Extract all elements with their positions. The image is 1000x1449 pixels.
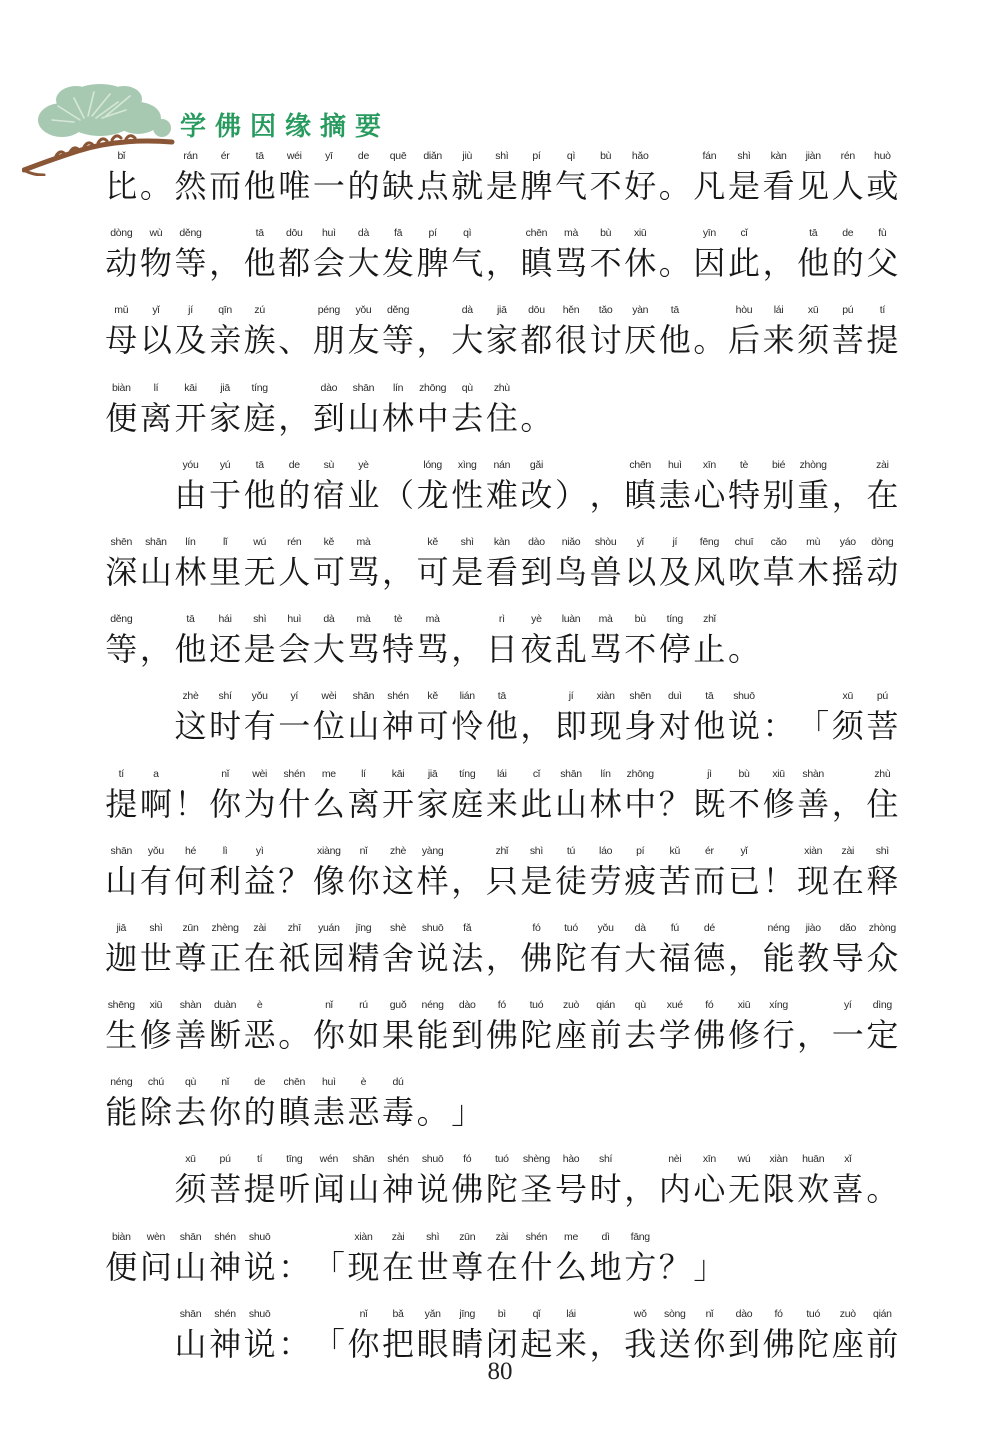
pinyin-annotation: tā [242, 458, 277, 474]
hanzi-character: 园 [312, 937, 347, 980]
hanzi-character: 好 [623, 165, 658, 208]
char-with-pinyin: è恶 [242, 998, 277, 1057]
pinyin-annotation: dà [623, 921, 658, 937]
hanzi-character: 讨 [588, 319, 623, 362]
hanzi-character: 佛 [485, 1014, 520, 1057]
hanzi-character: 木 [796, 551, 831, 594]
pinyin-annotation: shí [208, 689, 243, 705]
pinyin-annotation: zhè [173, 689, 208, 705]
char-with-pinyin: tīng听 [277, 1152, 312, 1211]
punctuation: 。 [415, 1075, 450, 1134]
char-with-pinyin: sù宿 [312, 458, 347, 517]
pinyin-annotation: nán [485, 458, 520, 474]
hanzi-character: 因 [692, 242, 727, 285]
punctuation: 。 [658, 226, 693, 285]
hanzi-character: 不 [727, 783, 762, 826]
punctuation: 。 [277, 998, 312, 1057]
pinyin-annotation: tú [554, 844, 589, 860]
pinyin-annotation: shān [173, 1230, 208, 1246]
pinyin-annotation: shén [208, 1307, 243, 1323]
hanzi-character: 看 [761, 165, 796, 208]
pinyin-annotation: jīng [450, 1307, 485, 1323]
char-with-pinyin: nǐ你 [208, 1075, 243, 1134]
hanzi-character: ， [485, 937, 520, 980]
text-line: shēn深shān山lín林lǐ里wú无rén人kě可mà骂 ，kě可shì是k… [104, 535, 924, 612]
pinyin-annotation: fó [450, 1152, 485, 1168]
hanzi-character: 学 [658, 1014, 693, 1057]
punctuation: 「 [312, 1230, 347, 1289]
hanzi-character: 林 [381, 397, 416, 440]
char-with-pinyin: nǐ你 [346, 1307, 381, 1366]
char-with-pinyin: tǎo讨 [588, 303, 623, 362]
pinyin-annotation: pú [865, 689, 900, 705]
char-with-pinyin: lǐ里 [208, 535, 243, 594]
hanzi-character: 等 [173, 242, 208, 285]
pinyin-annotation: xiū [761, 767, 796, 783]
hanzi-character: ， [830, 474, 865, 517]
punctuation: ， [588, 1307, 623, 1366]
pinyin-annotation: zài [865, 458, 900, 474]
char-with-pinyin: dìng定 [865, 998, 900, 1057]
pinyin-annotation: nǐ [208, 1075, 243, 1091]
pinyin-annotation: tuó [554, 921, 589, 937]
pinyin-annotation: dà [312, 612, 347, 628]
hanzi-character: 神 [208, 1246, 243, 1289]
char-with-pinyin: qián前 [865, 1307, 900, 1366]
pinyin-annotation: nǐ [346, 844, 381, 860]
char-with-pinyin: xiū休 [623, 226, 658, 285]
char-with-pinyin: mà骂 [554, 226, 589, 285]
hanzi-character: 世 [415, 1246, 450, 1289]
hanzi-character: 友 [346, 319, 381, 362]
pinyin-annotation: wú [242, 535, 277, 551]
pinyin-annotation: shuō [415, 1152, 450, 1168]
hanzi-character: ！ [173, 783, 208, 826]
hanzi-character: 吹 [727, 551, 762, 594]
hanzi-character: 「 [312, 1246, 347, 1289]
char-with-pinyin: wèn问 [139, 1230, 174, 1289]
pinyin-annotation: lí [346, 767, 381, 783]
hanzi-character: 来 [761, 319, 796, 362]
hanzi-character: 须 [173, 1168, 208, 1211]
pinyin-annotation: jiàn [796, 149, 831, 165]
pinyin-annotation: de [346, 149, 381, 165]
char-with-pinyin: qì气 [554, 149, 589, 208]
pinyin-annotation [450, 612, 485, 628]
hanzi-character: 是 [727, 165, 762, 208]
pinyin-annotation: yí [277, 689, 312, 705]
pinyin-annotation: zài [381, 1230, 416, 1246]
hanzi-character: 喜 [830, 1168, 865, 1211]
hanzi-character: 你 [346, 860, 381, 903]
char-with-pinyin: lái来 [761, 303, 796, 362]
pinyin-annotation: hé [173, 844, 208, 860]
char-with-pinyin: wèi为 [242, 767, 277, 826]
char-with-pinyin: dì地 [588, 1230, 623, 1289]
pinyin-annotation [727, 921, 762, 937]
hanzi-character: 生 [104, 1014, 139, 1057]
hanzi-character: 于 [208, 474, 243, 517]
punctuation: ， [830, 458, 865, 517]
pinyin-annotation: xiàng [312, 844, 347, 860]
pinyin-annotation: fǎ [450, 921, 485, 937]
pinyin-annotation: huì [277, 612, 312, 628]
hanzi-character: 毒 [381, 1091, 416, 1134]
char-with-pinyin: huì会 [312, 226, 347, 285]
punctuation: ， [623, 1152, 658, 1211]
pinyin-annotation: tā [485, 689, 520, 705]
hanzi-character: 他 [658, 319, 693, 362]
pinyin-annotation: wèi [312, 689, 347, 705]
hanzi-character: 他 [242, 165, 277, 208]
hanzi-character: 家 [485, 319, 520, 362]
pinyin-annotation: shàn [173, 998, 208, 1014]
char-with-pinyin: shuō说 [415, 921, 450, 980]
hanzi-character: 你 [312, 1014, 347, 1057]
pinyin-annotation: qù [450, 381, 485, 397]
pinyin-annotation: xīn [692, 458, 727, 474]
pinyin-annotation: hěn [554, 303, 589, 319]
char-with-pinyin: lóng龙 [415, 458, 450, 517]
pinyin-annotation: wéi [277, 149, 312, 165]
char-with-pinyin: jiā家 [485, 303, 520, 362]
char-with-pinyin: shèng圣 [519, 1152, 554, 1211]
char-with-pinyin: yè业 [346, 458, 381, 517]
hanzi-character: 以 [623, 551, 658, 594]
pinyin-annotation: xīn [692, 1152, 727, 1168]
char-with-pinyin: mà骂 [415, 612, 450, 671]
char-with-pinyin: shì世 [139, 921, 174, 980]
hanzi-character: 福 [658, 937, 693, 980]
hanzi-character: 说 [727, 705, 762, 748]
hanzi-character: 是 [485, 165, 520, 208]
pinyin-annotation: yǐ [139, 303, 174, 319]
hanzi-character: 业 [346, 474, 381, 517]
char-with-pinyin: duàn断 [208, 998, 243, 1057]
pinyin-annotation: shì [485, 149, 520, 165]
hanzi-character: 教 [796, 937, 831, 980]
hanzi-character: 草 [761, 551, 796, 594]
punctuation: ， [588, 458, 623, 517]
hanzi-character: 中 [415, 397, 450, 440]
punctuation: 。 [727, 612, 762, 671]
char-with-pinyin: yǎn眼 [415, 1307, 450, 1366]
char-with-pinyin: wéi唯 [277, 149, 312, 208]
char-with-pinyin: zhī祇 [277, 921, 312, 980]
pinyin-annotation: néng [415, 998, 450, 1014]
char-with-pinyin: mà骂 [346, 535, 381, 594]
char-with-pinyin: kàn看 [485, 535, 520, 594]
hanzi-character: 正 [208, 937, 243, 980]
pinyin-annotation [658, 226, 693, 242]
hanzi-character: 。 [692, 319, 727, 362]
punctuation: ， [761, 226, 796, 285]
hanzi-character: 可 [415, 551, 450, 594]
hanzi-character: 能 [761, 937, 796, 980]
pinyin-annotation: jiā [415, 767, 450, 783]
hanzi-character: 摇 [830, 551, 865, 594]
pinyin-annotation: mù [796, 535, 831, 551]
char-with-pinyin: kě可 [415, 689, 450, 748]
pinyin-annotation [761, 226, 796, 242]
char-with-pinyin: shān山 [173, 1307, 208, 1366]
hanzi-character: 别 [761, 474, 796, 517]
hanzi-character: ， [381, 551, 416, 594]
pinyin-annotation: děng [381, 303, 416, 319]
char-with-pinyin: tíng庭 [242, 381, 277, 440]
punctuation: ， [208, 226, 243, 285]
pinyin-annotation: yàng [415, 844, 450, 860]
char-with-pinyin: rén人 [830, 149, 865, 208]
pinyin-annotation [139, 612, 174, 628]
hanzi-character: 中 [623, 783, 658, 826]
pinyin-annotation: bié [761, 458, 796, 474]
char-with-pinyin: pú菩 [865, 689, 900, 748]
pinyin-annotation: shén [208, 1230, 243, 1246]
pinyin-annotation: xiū [727, 998, 762, 1014]
hanzi-character: 祇 [277, 937, 312, 980]
text-line: biàn便lí离kāi开jiā家tíng庭 ，dào到shān山lín林zhōn… [104, 381, 924, 458]
pinyin-annotation [796, 689, 831, 705]
char-with-pinyin: huì会 [277, 612, 312, 671]
pinyin-annotation: zhù [485, 381, 520, 397]
char-with-pinyin: huì恚 [658, 458, 693, 517]
pinyin-annotation [658, 1230, 693, 1246]
hanzi-character: 神 [381, 1168, 416, 1211]
char-with-pinyin: zūn尊 [450, 1230, 485, 1289]
pinyin-annotation: rì [485, 612, 520, 628]
pinyin-annotation: xíng [761, 998, 796, 1014]
punctuation: ： [277, 1230, 312, 1289]
pinyin-annotation: shì [519, 844, 554, 860]
pinyin-annotation: dà [346, 226, 381, 242]
pinyin-annotation: shān [554, 767, 589, 783]
pinyin-annotation: děng [173, 226, 208, 242]
char-with-pinyin: shì是 [519, 844, 554, 903]
pinyin-annotation [173, 767, 208, 783]
pinyin-annotation: xiàn [346, 1230, 381, 1246]
pinyin-annotation: lín [381, 381, 416, 397]
char-with-pinyin: dà大 [450, 303, 485, 362]
pinyin-annotation [277, 844, 312, 860]
char-with-pinyin: xiū修 [139, 998, 174, 1057]
pinyin-annotation: pú [208, 1152, 243, 1168]
char-with-pinyin: wú无 [727, 1152, 762, 1211]
pinyin-annotation: de [277, 458, 312, 474]
char-with-pinyin: è恶 [346, 1075, 381, 1134]
hanzi-character: 缺 [381, 165, 416, 208]
char-with-pinyin: xū须 [796, 303, 831, 362]
hanzi-character: 一 [830, 1014, 865, 1057]
text-line: mǔ母yǐ以jí及qīn亲zú族 、péng朋yǒu友děng等 ，dà大jiā… [104, 303, 924, 380]
hanzi-character: 陀 [519, 1014, 554, 1057]
pinyin-annotation: shén [381, 689, 416, 705]
char-with-pinyin: dào到 [519, 535, 554, 594]
pinyin-annotation: zú [242, 303, 277, 319]
hanzi-character: 在 [865, 474, 900, 517]
hanzi-character: 来 [485, 783, 520, 826]
pinyin-annotation: dào [727, 1307, 762, 1323]
pinyin-annotation: biàn [104, 381, 139, 397]
pinyin-annotation: qù [623, 998, 658, 1014]
pinyin-annotation: wǒ [623, 1307, 658, 1323]
hanzi-character: 。 [658, 242, 693, 285]
char-with-pinyin: shuō说 [415, 1152, 450, 1211]
hanzi-character: 性 [450, 474, 485, 517]
char-with-pinyin: tā他 [173, 612, 208, 671]
char-with-pinyin: tuó陀 [796, 1307, 831, 1366]
char-with-pinyin: tā他 [692, 689, 727, 748]
hanzi-character: 夜 [519, 628, 554, 671]
hanzi-character: 而 [208, 165, 243, 208]
hanzi-character: 而 [692, 860, 727, 903]
hanzi-character: 在 [830, 860, 865, 903]
pinyin-annotation: jì [692, 767, 727, 783]
pinyin-annotation: bǐ [104, 149, 139, 165]
char-with-pinyin: shén什 [277, 767, 312, 826]
hanzi-character: 」 [450, 1091, 485, 1134]
pinyin-annotation: quē [381, 149, 416, 165]
pinyin-annotation [485, 921, 520, 937]
char-with-pinyin: nǐ你 [346, 844, 381, 903]
hanzi-character: 发 [381, 242, 416, 285]
pinyin-annotation: zhèng [208, 921, 243, 937]
pinyin-annotation: jí [173, 303, 208, 319]
hanzi-character: 骂 [588, 628, 623, 671]
hanzi-character: 骂 [554, 242, 589, 285]
hanzi-character: 山 [173, 1246, 208, 1289]
pinyin-annotation: zhōng [415, 381, 450, 397]
char-with-pinyin: shuō说 [242, 1307, 277, 1366]
text-line: néng能chú除qù去nǐ你de的chēn瞋huì恚è恶dú毒 。 」 [104, 1075, 924, 1152]
pinyin-annotation: tā [242, 149, 277, 165]
pinyin-annotation: huò [865, 149, 900, 165]
char-with-pinyin: jiā家 [415, 767, 450, 826]
punctuation: ） [554, 458, 589, 517]
hanzi-character: 很 [554, 319, 589, 362]
hanzi-character: 能 [104, 1091, 139, 1134]
char-with-pinyin: yī一 [312, 149, 347, 208]
hanzi-character: 方 [623, 1246, 658, 1289]
hanzi-character: 他 [692, 705, 727, 748]
char-with-pinyin: péng朋 [312, 303, 347, 362]
char-with-pinyin: kāi开 [173, 381, 208, 440]
pinyin-annotation: guǒ [381, 998, 416, 1014]
hanzi-character: 现 [588, 705, 623, 748]
hanzi-character: 恶 [346, 1091, 381, 1134]
hanzi-character: 人 [830, 165, 865, 208]
hanzi-character: 便 [104, 1246, 139, 1289]
char-with-pinyin: jì既 [692, 767, 727, 826]
pinyin-annotation: xū [830, 689, 865, 705]
char-with-pinyin: zhèng正 [208, 921, 243, 980]
char-with-pinyin: tíng停 [658, 612, 693, 671]
char-with-pinyin: dà大 [346, 226, 381, 285]
char-with-pinyin: hěn很 [554, 303, 589, 362]
char-with-pinyin: lín林 [173, 535, 208, 594]
hanzi-character: 修 [761, 783, 796, 826]
char-with-pinyin: tā他 [796, 226, 831, 285]
hanzi-character: ） [554, 474, 589, 517]
pinyin-annotation [139, 149, 174, 165]
char-with-pinyin: xiū修 [727, 998, 762, 1057]
pinyin-annotation [865, 1152, 900, 1168]
char-with-pinyin: lín林 [381, 381, 416, 440]
char-with-pinyin: yú于 [208, 458, 243, 517]
hanzi-character: 提 [242, 1168, 277, 1211]
pinyin-annotation: sòng [658, 1307, 693, 1323]
pinyin-annotation: shén [519, 1230, 554, 1246]
char-with-pinyin: yǐ以 [139, 303, 174, 362]
pinyin-annotation: dào [519, 535, 554, 551]
pinyin-annotation: tí [104, 767, 139, 783]
hanzi-character: 会 [277, 628, 312, 671]
char-with-pinyin: shén什 [519, 1230, 554, 1289]
char-with-pinyin: jiù就 [450, 149, 485, 208]
hanzi-character: 现 [346, 1246, 381, 1289]
char-with-pinyin: wǒ我 [623, 1307, 658, 1366]
char-with-pinyin: zhǐ只 [485, 844, 520, 903]
char-with-pinyin: shēn身 [623, 689, 658, 748]
char-with-pinyin: tuó陀 [554, 921, 589, 980]
pinyin-annotation: shuō [242, 1230, 277, 1246]
pinyin-annotation: zhè [381, 844, 416, 860]
pinyin-annotation [277, 303, 312, 319]
char-with-pinyin: hái还 [208, 612, 243, 671]
punctuation: ？ [658, 1230, 693, 1289]
pinyin-annotation: rú [346, 998, 381, 1014]
char-with-pinyin: qīn亲 [208, 303, 243, 362]
pinyin-annotation: xū [173, 1152, 208, 1168]
hanzi-character: 这 [173, 705, 208, 748]
hanzi-character: ， [450, 628, 485, 671]
pinyin-annotation [658, 767, 693, 783]
hanzi-character: 亲 [208, 319, 243, 362]
pinyin-annotation [554, 458, 589, 474]
char-with-pinyin: kàn看 [761, 149, 796, 208]
char-with-pinyin: fó佛 [450, 1152, 485, 1211]
pinyin-annotation: cǎo [761, 535, 796, 551]
hanzi-character: 。 [658, 165, 693, 208]
char-with-pinyin: pí脾 [519, 149, 554, 208]
pinyin-annotation [450, 844, 485, 860]
pinyin-annotation: qián [865, 1307, 900, 1323]
hanzi-character: 修 [139, 1014, 174, 1057]
hanzi-character: 以 [139, 319, 174, 362]
hanzi-character: ， [727, 937, 762, 980]
punctuation: 。 [139, 149, 174, 208]
pinyin-annotation: rán [173, 149, 208, 165]
char-with-pinyin: bù不 [727, 767, 762, 826]
hanzi-character: 像 [312, 860, 347, 903]
char-with-pinyin: zú族 [242, 303, 277, 362]
hanzi-character: 尊 [450, 1246, 485, 1289]
pinyin-annotation: xiū [139, 998, 174, 1014]
pinyin-annotation [485, 226, 520, 242]
pinyin-annotation: mà [554, 226, 589, 242]
pinyin-annotation [830, 458, 865, 474]
hanzi-character: 一 [312, 165, 347, 208]
pinyin-annotation: kě [415, 535, 450, 551]
pinyin-annotation [277, 998, 312, 1014]
punctuation: 」 [692, 1230, 727, 1289]
hanzi-character: 怜 [450, 705, 485, 748]
hanzi-character: 现 [796, 860, 831, 903]
pinyin-annotation [277, 381, 312, 397]
pinyin-annotation: bù [623, 612, 658, 628]
hanzi-character: ， [796, 1014, 831, 1057]
char-with-pinyin: xū须 [173, 1152, 208, 1211]
